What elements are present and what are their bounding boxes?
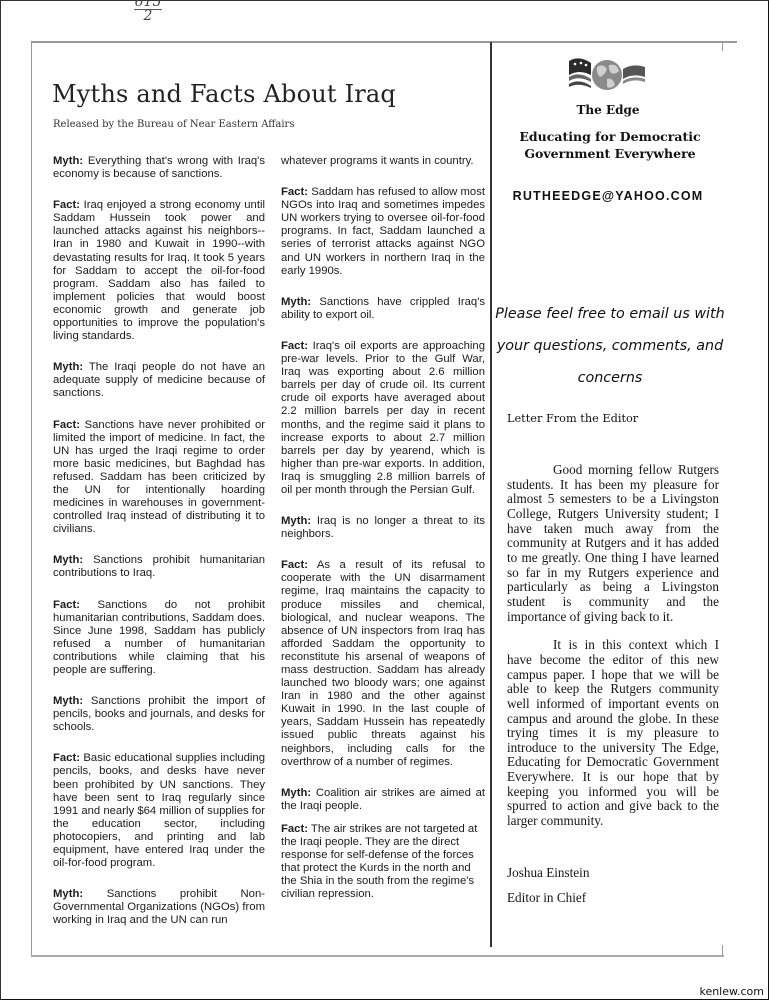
fact-paragraph: Fact: As a result of its refusal to coop… (281, 559, 485, 769)
handwritten-denominator: 2 (128, 10, 168, 23)
letter-heading: Letter From the Editor (507, 412, 638, 425)
myth-paragraph: Myth: Sanctions prohibit humanitarian co… (53, 554, 265, 580)
myth-paragraph: Myth: The Iraqi people do not have an ad… (53, 361, 265, 400)
publication-tagline: Educating for Democratic Government Ever… (505, 129, 715, 162)
frame-right-tick (722, 41, 723, 51)
letter-paragraph: It is in this context which I have becom… (507, 638, 719, 829)
signature-name: Joshua Einstein (507, 865, 589, 881)
flag-globe-logo-icon (567, 55, 647, 97)
column-divider (490, 42, 492, 947)
article-subtitle: Released by the Bureau of Near Eastern A… (53, 119, 294, 130)
letter-paragraph: Good morning fellow Rutgers students. It… (507, 463, 719, 624)
article-column-1: Myth: Everything that's wrong with Iraq'… (53, 155, 265, 946)
article-column-2: whatever programs it wants in country. F… (281, 155, 485, 920)
fact-paragraph: Fact: Saddam has refused to allow most N… (281, 186, 485, 278)
fact-paragraph: Fact: The air strikes are not targeted a… (281, 823, 485, 902)
email-invitation: Please feel free to email us with your q… (495, 298, 725, 394)
handwritten-note: 615 2 (128, 0, 168, 23)
fact-paragraph: Fact: Basic educational supplies includi… (53, 752, 265, 870)
fact-paragraph: Fact: Iraq enjoyed a strong economy unti… (53, 199, 265, 343)
invite-line-2: your questions, comments, and (495, 330, 725, 362)
frame-top-rule (31, 41, 737, 43)
tagline-line-2: Government Everywhere (505, 146, 715, 163)
myth-paragraph: Myth: Coalition air strikes are aimed at… (281, 787, 485, 813)
fact-paragraph: Fact: Sanctions do not prohibit humanita… (53, 599, 265, 678)
signature-title: Editor in Chief (507, 890, 586, 906)
continued-paragraph: whatever programs it wants in country. (281, 155, 485, 168)
myth-paragraph: Myth: Sanctions prohibit Non-Governmenta… (53, 888, 265, 927)
editor-letter: Good morning fellow Rutgers students. It… (507, 463, 719, 843)
invite-line-3: concerns (495, 362, 725, 394)
article-title: Myths and Facts About Iraq (52, 80, 396, 108)
site-watermark: kenlew.com (699, 985, 764, 998)
publication-name: The Edge (493, 103, 723, 117)
fact-paragraph: Fact: Iraq's oil exports are approaching… (281, 340, 485, 497)
invite-line-1: Please feel free to email us with (495, 298, 725, 330)
frame-left-rule (31, 41, 32, 956)
myth-paragraph: Myth: Everything that's wrong with Iraq'… (53, 155, 265, 181)
tagline-line-1: Educating for Democratic (505, 129, 715, 146)
myth-paragraph: Myth: Sanctions have crippled Iraq's abi… (281, 296, 485, 322)
frame-bottom-rule (31, 955, 724, 957)
fact-paragraph: Fact: Sanctions have never prohibited or… (53, 419, 265, 537)
myth-paragraph: Myth: Sanctions prohibit the import of p… (53, 695, 265, 734)
contact-email[interactable]: RUTHEEDGE@YAHOO.COM (493, 189, 723, 203)
myth-paragraph: Myth: Iraq is no longer a threat to its … (281, 515, 485, 541)
